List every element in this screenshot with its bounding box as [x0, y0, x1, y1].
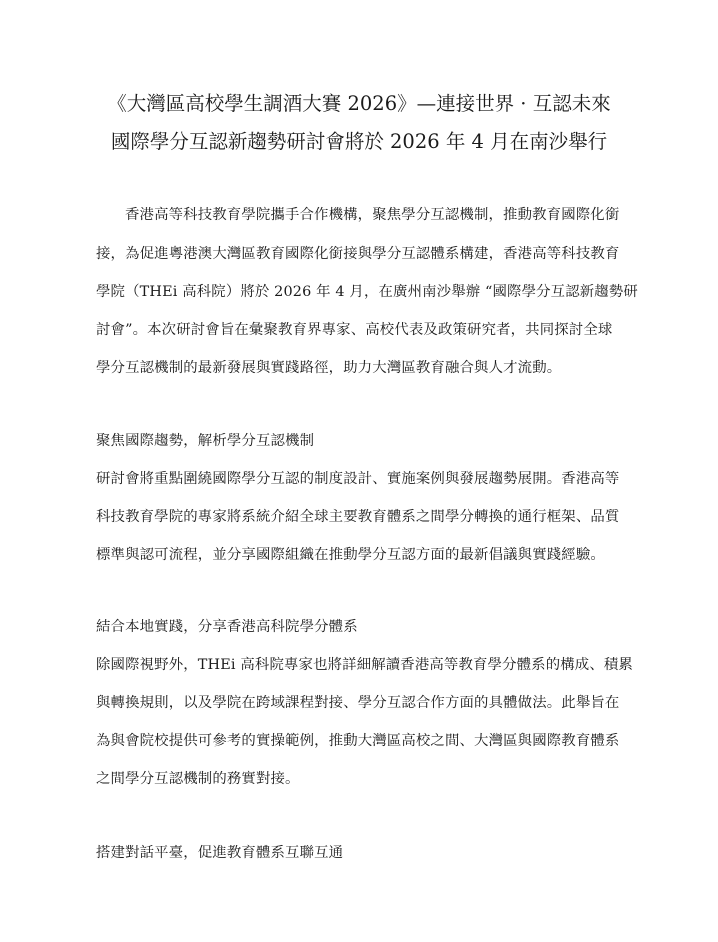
title-line-2: 國際學分互認新趨勢研討會將於 2026 年 4 月在南沙舉行 [0, 130, 718, 154]
title-line-1: 《大灣區高校學生調酒大賽 2026》—連接世界 · 互認未來 [0, 92, 718, 116]
section-heading: 搭建對話平臺，促進教育體系互聯互通 [96, 844, 626, 862]
section-line: 科技教育學院的專家將系統介紹全球主要教育體系之間學分轉換的通行框架、品質 [96, 508, 626, 526]
section-line: 為與會院校提供可參考的實操範例，推動大灣區高校之間、大灣區與國際教育體系 [96, 732, 626, 750]
section-line: 與轉換規則，以及學院在跨域課程對接、學分互認合作方面的具體做法。此舉旨在 [96, 694, 626, 712]
section-line: 之間學分互認機制的務實對接。 [96, 770, 626, 788]
document-page: 《大灣區高校學生調酒大賽 2026》—連接世界 · 互認未來 國際學分互認新趨勢… [0, 0, 718, 942]
section-line: 研討會將重點圍繞國際學分互認的制度設計、實施案例與發展趨勢展開。香港高等 [96, 470, 626, 488]
intro-line: 討會”。本次研討會旨在彙聚教育界專家、高校代表及政策研究者，共同探討全球 [96, 321, 626, 339]
intro-line: 學分互認機制的最新發展與實踐路徑，助力大灣區教育融合與人才流動。 [96, 359, 626, 377]
intro-line: 接，為促進粵港澳大灣區教育國際化銜接與學分互認體系構建，香港高等科技教育 [96, 245, 626, 263]
intro-line: 香港高等科技教育學院攜手合作機構，聚焦學分互認機制，推動教育國際化銜 [125, 206, 655, 224]
intro-line: 學院（THEi 高科院）將於 2026 年 4 月，在廣州南沙舉辦 “國際學分互… [96, 283, 626, 301]
section-line: 標準與認可流程，並分享國際組織在推動學分互認方面的最新倡議與實踐經驗。 [96, 546, 626, 564]
section-heading: 結合本地實踐，分享香港高科院學分體系 [96, 618, 626, 636]
section-line: 除國際視野外，THEi 高科院專家也將詳細解讀香港高等教育學分體系的構成、積累 [96, 656, 626, 674]
section-heading: 聚焦國際趨勢，解析學分互認機制 [96, 432, 626, 450]
